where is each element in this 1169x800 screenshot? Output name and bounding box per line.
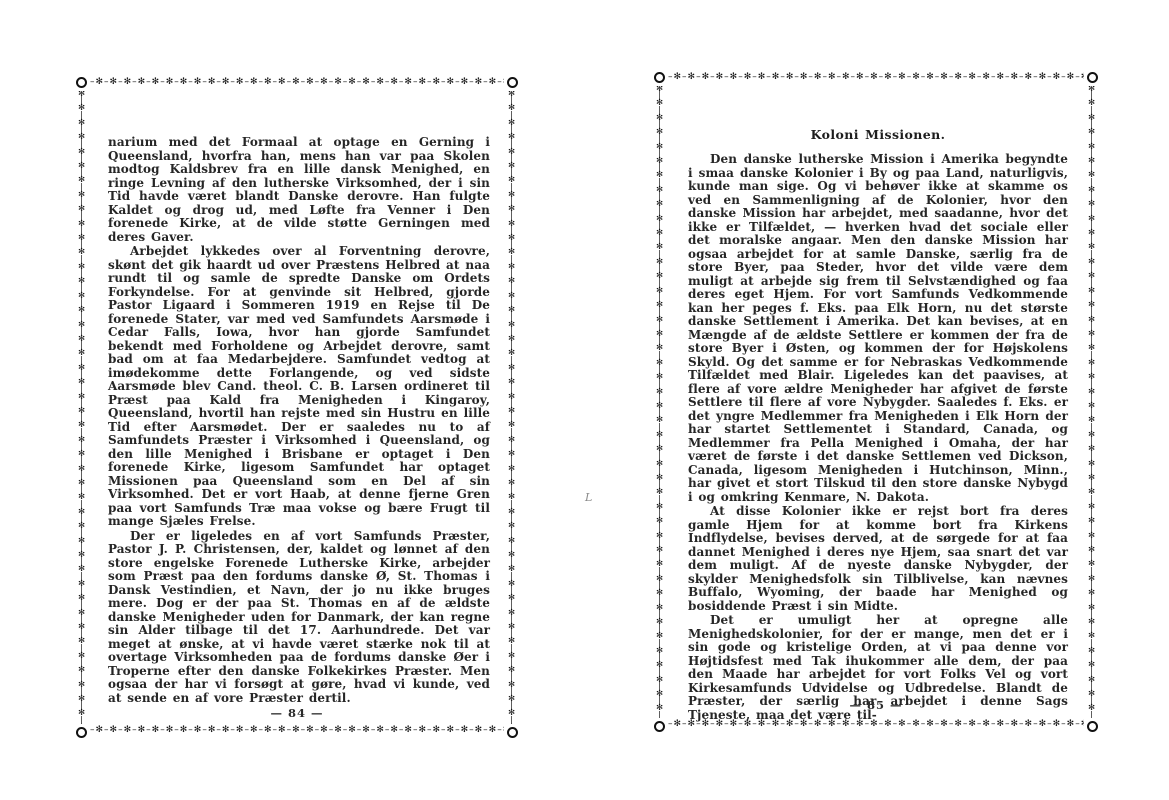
right-page-text-column: Koloni Missionen. Den danske lutherske M… — [688, 128, 1068, 723]
ornament-border-right-icon: ✻ | ✻ | ✻ | ✻ | ✻ | ✻ | ✻ | ✻ | ✻ | ✻ | … — [505, 91, 518, 724]
paragraph: Der er ligeledes en af vort Samfunds Præ… — [108, 530, 490, 706]
ornament-border-top-icon: –✻–✻–✻–✻–✻–✻–✻–✻–✻–✻–✻–✻–✻–✻–✻–✻–✻–✻–✻–✻… — [668, 72, 1084, 84]
corner-ring-icon — [507, 727, 518, 738]
corner-ring-icon — [507, 77, 518, 88]
left-page-text-column: narium med det Formaal at optage en Gern… — [108, 136, 490, 706]
corner-ring-icon — [1087, 72, 1098, 83]
corner-ring-icon — [76, 727, 87, 738]
ornament-border-left-icon: ✻ | ✻ | ✻ | ✻ | ✻ | ✻ | ✻ | ✻ | ✻ | ✻ | … — [75, 91, 88, 724]
paragraph: At disse Kolonier ikke er rejst bort fra… — [688, 505, 1068, 613]
book-page-right: –✻–✻–✻–✻–✻–✻–✻–✻–✻–✻–✻–✻–✻–✻–✻–✻–✻–✻–✻–✻… — [660, 78, 1092, 726]
ornament-border-left-icon: ✻ | ✻ | ✻ | ✻ | ✻ | ✻ | ✻ | ✻ | ✻ | ✻ | … — [653, 86, 666, 718]
corner-ring-icon — [654, 721, 665, 732]
paragraph: narium med det Formaal at optage en Gern… — [108, 136, 490, 244]
paragraph: Den danske lutherske Mission i Amerika b… — [688, 153, 1068, 504]
corner-ring-icon — [76, 77, 87, 88]
ornament-border-right-icon: ✻ | ✻ | ✻ | ✻ | ✻ | ✻ | ✻ | ✻ | ✻ | ✻ | … — [1085, 86, 1098, 718]
paragraph: Arbejdet lykkedes over al Forventning de… — [108, 245, 490, 529]
book-page-left: –✻–✻–✻–✻–✻–✻–✻–✻–✻–✻–✻–✻–✻–✻–✻–✻–✻–✻–✻–✻… — [82, 83, 512, 732]
corner-ring-icon — [654, 72, 665, 83]
stray-ink-mark: L — [585, 491, 592, 504]
corner-ring-icon — [1087, 721, 1098, 732]
page-number-left: — 84 — — [82, 706, 512, 720]
chapter-heading: Koloni Missionen. — [688, 128, 1068, 142]
page-number-right: — 85 — — [660, 698, 1092, 712]
ornament-border-top-icon: –✻–✻–✻–✻–✻–✻–✻–✻–✻–✻–✻–✻–✻–✻–✻–✻–✻–✻–✻–✻… — [90, 77, 504, 89]
ornament-border-bottom-icon: –✻–✻–✻–✻–✻–✻–✻–✻–✻–✻–✻–✻–✻–✻–✻–✻–✻–✻–✻–✻… — [90, 725, 504, 737]
